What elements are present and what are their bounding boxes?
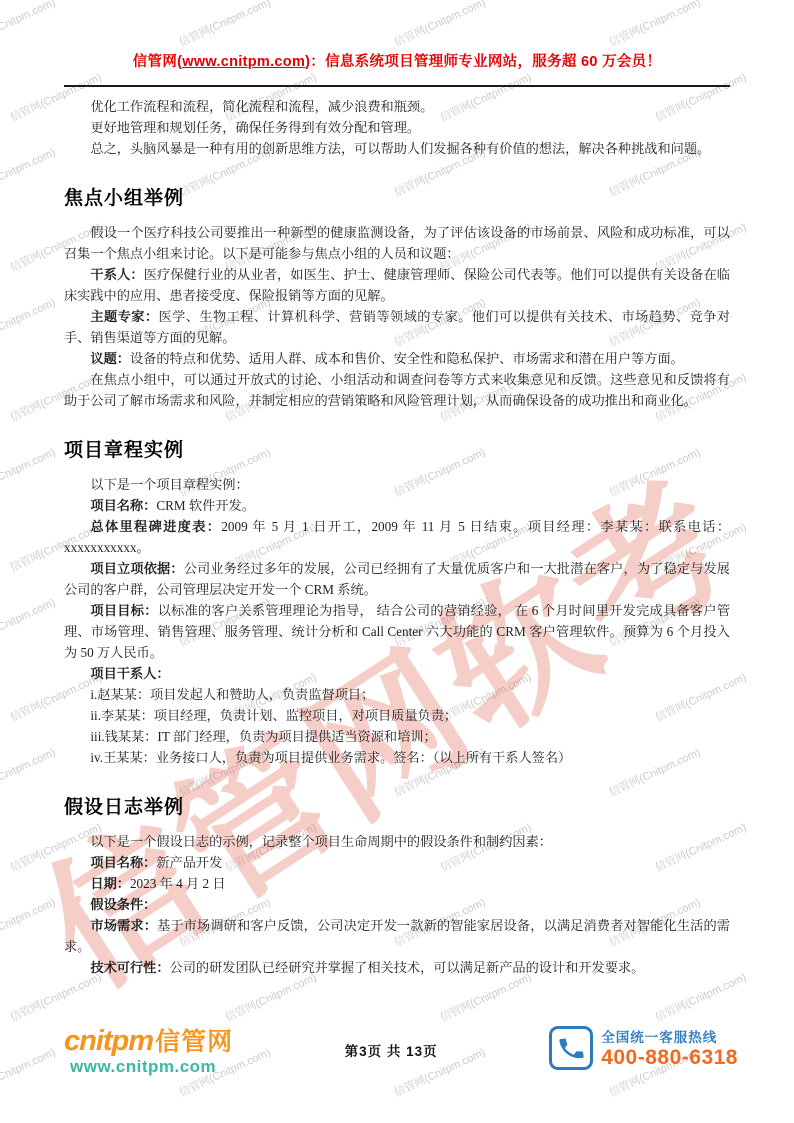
paragraph: 干系人：医疗保健行业的从业者，如医生、护士、健康管理师、保险公司代表等。他们可以… bbox=[64, 264, 730, 306]
phone-icon bbox=[549, 1026, 593, 1070]
paragraph-label: 干系人： bbox=[90, 267, 143, 282]
paragraph-text: 医疗保健行业的从业者，如医生、护士、健康管理师、保险公司代表等。他们可以提供有关… bbox=[64, 267, 730, 303]
paragraph: 以下是一个假设日志的示例，记录整个项目生命周期中的假设条件和制约因素： bbox=[64, 831, 730, 852]
header-site-link[interactable]: www.cnitpm.com bbox=[182, 54, 305, 70]
watermark-text: 信管网(Cnitpm.com) bbox=[0, 1044, 58, 1100]
page-content: 信管网(www.cnitpm.com)：信息系统项目管理师专业网站，服务超 60… bbox=[0, 0, 794, 978]
header-prefix: 信管网( bbox=[133, 54, 183, 70]
paragraph-text: iii.钱某某：IT 部门经理，负责为项目提供适当资源和培训； bbox=[90, 729, 436, 744]
paragraph-text: 新产品开发 bbox=[156, 855, 222, 870]
paragraph: 议题：设备的特点和优势、适用人群、成本和售价、安全性和隐私保护、市场需求和潜在用… bbox=[64, 348, 730, 369]
paragraph-text: 2023 年 4 月 2 日 bbox=[130, 876, 226, 891]
hotline-label: 全国统一客服热线 bbox=[601, 1026, 738, 1046]
paragraph: 日期：2023 年 4 月 2 日 bbox=[64, 873, 730, 894]
site-header: 信管网(www.cnitpm.com)：信息系统项目管理师专业网站，服务超 60… bbox=[64, 50, 730, 87]
stakeholder-item: i.赵某某：项目发起人和赞助人，负责监督项目； bbox=[64, 684, 730, 705]
paragraph: 总体里程碑进度表：2009 年 5 月 1 日开工，2009 年 11 月 5 … bbox=[64, 516, 730, 558]
header-suffix: )：信息系统项目管理师专业网站，服务超 60 万会员！ bbox=[305, 54, 661, 70]
stakeholder-item: iv.王某某：业务接口人，负责为项目提供业务需求。签名：（以上所有干系人签名） bbox=[64, 747, 730, 768]
paragraph-label: 假设条件： bbox=[90, 897, 156, 912]
paragraph-text: ii.李某某：项目经理，负责计划、监控项目，对项目质量负责； bbox=[90, 708, 457, 723]
intro-paragraph: 总之，头脑风暴是一种有用的创新思维方法，可以帮助人们发掘各种有价值的想法，解决各… bbox=[64, 138, 730, 159]
paragraph-label: 主题专家： bbox=[90, 309, 158, 324]
paragraph-label: 项目目标： bbox=[90, 603, 157, 618]
paragraph-text: 设备的特点和优势、适用人群、成本和售价、安全性和隐私保护、市场需求和潜在用户等方… bbox=[130, 351, 684, 366]
paragraph-label: 技术可行性： bbox=[90, 960, 169, 975]
paragraph: 项目名称：CRM 软件开发。 bbox=[64, 495, 730, 516]
paragraph: 在焦点小组中，可以通过开放式的讨论、小组活动和调查问卷等方式来收集意见和反馈。这… bbox=[64, 369, 730, 411]
hotline-number: 400-880-6318 bbox=[601, 1046, 738, 1070]
paragraph-text: 在焦点小组中，可以通过开放式的讨论、小组活动和调查问卷等方式来收集意见和反馈。这… bbox=[64, 372, 730, 408]
paragraph: 以下是一个项目章程实例： bbox=[64, 474, 730, 495]
stakeholder-item: ii.李某某：项目经理，负责计划、监控项目，对项目质量负责； bbox=[64, 705, 730, 726]
paragraph-label: 议题： bbox=[90, 351, 130, 366]
paragraph: 技术可行性：公司的研发团队已经研究并掌握了相关技术，可以满足新产品的设计和开发要… bbox=[64, 957, 730, 978]
cnitpm-logo: cnitpm信管网 www.cnitpm.com bbox=[64, 1026, 233, 1076]
paragraph: 项目立项依据：公司业务经过多年的发展，公司已经拥有了大量优质客户和一大批潜在客户… bbox=[64, 558, 730, 600]
intro-paragraph: 优化工作流程和流程，简化流程和流程，减少浪费和瓶颈。 bbox=[64, 96, 730, 117]
paragraph-text: 公司的研发团队已经研究并掌握了相关技术，可以满足新产品的设计和开发要求。 bbox=[170, 960, 645, 975]
logo-chinese: 信管网 bbox=[155, 1028, 233, 1056]
paragraph-label: 日期： bbox=[90, 876, 130, 891]
paragraph-label: 市场需求： bbox=[90, 918, 157, 933]
section-heading-project-charter: 项目章程实例 bbox=[64, 435, 730, 462]
paragraph-text: 基于市场调研和客户反馈，公司决定开发一款新的智能家居设备，以满足消费者对智能化生… bbox=[64, 918, 730, 954]
paragraph-label: 总体里程碑进度表： bbox=[90, 519, 221, 534]
paragraph-text: i.赵某某：项目发起人和赞助人，负责监督项目； bbox=[90, 687, 374, 702]
paragraph-text: 以标准的客户关系管理理论为指导， 结合公司的营销经验， 在 6 个月时间里开发完… bbox=[64, 603, 730, 660]
paragraph-text: 假设一个医疗科技公司要推出一种新型的健康监测设备，为了评估该设备的市场前景、风险… bbox=[64, 225, 730, 261]
paragraph-label: 项目名称： bbox=[90, 498, 156, 513]
hotline: 全国统一客服热线 400-880-6318 bbox=[549, 1026, 738, 1070]
hotline-text: 全国统一客服热线 400-880-6318 bbox=[601, 1026, 738, 1070]
logo-wordmark: cnitpm信管网 bbox=[64, 1026, 233, 1057]
paragraph: 假设一个医疗科技公司要推出一种新型的健康监测设备，为了评估该设备的市场前景、风险… bbox=[64, 222, 730, 264]
logo-latin: cnitpm bbox=[64, 1025, 153, 1057]
paragraph: 项目名称：新产品开发 bbox=[64, 852, 730, 873]
paragraph-text: CRM 软件开发。 bbox=[156, 498, 255, 513]
stakeholder-item: iii.钱某某：IT 部门经理，负责为项目提供适当资源和培训； bbox=[64, 726, 730, 747]
paragraph-text: iv.王某某：业务接口人，负责为项目提供业务需求。签名：（以上所有干系人签名） bbox=[90, 750, 571, 765]
document-page: 信管网(Cnitpm.com)信管网(Cnitpm.com)信管网(Cnitpm… bbox=[0, 0, 794, 1123]
paragraph: 项目目标：以标准的客户关系管理理论为指导， 结合公司的营销经验， 在 6 个月时… bbox=[64, 600, 730, 663]
page-number: 第3页 共 13页 bbox=[345, 1040, 438, 1060]
page-footer: cnitpm信管网 www.cnitpm.com 第3页 共 13页 全国统一客… bbox=[64, 1026, 738, 1076]
intro-paragraph: 更好地管理和规划任务，确保任务得到有效分配和管理。 bbox=[64, 117, 730, 138]
paragraph-text: 医学、生物工程、计算机科学、营销等领域的专家。他们可以提供有关技术、市场趋势、竞… bbox=[64, 309, 730, 345]
paragraph: 假设条件： bbox=[64, 894, 730, 915]
paragraph-label: 项目立项依据： bbox=[90, 561, 183, 576]
paragraph-text: 以下是一个假设日志的示例，记录整个项目生命周期中的假设条件和制约因素： bbox=[90, 834, 552, 849]
intro-block: 优化工作流程和流程，简化流程和流程，减少浪费和瓶颈。 更好地管理和规划任务，确保… bbox=[64, 96, 730, 159]
logo-url[interactable]: www.cnitpm.com bbox=[70, 1057, 233, 1076]
paragraph: 市场需求：基于市场调研和客户反馈，公司决定开发一款新的智能家居设备，以满足消费者… bbox=[64, 915, 730, 957]
section-heading-focus-group: 焦点小组举例 bbox=[64, 183, 730, 210]
paragraph-label: 项目名称： bbox=[90, 855, 156, 870]
paragraph-label: 项目干系人： bbox=[90, 666, 169, 681]
section-heading-assumption-log: 假设日志举例 bbox=[64, 792, 730, 819]
paragraph: 项目干系人： bbox=[64, 663, 730, 684]
paragraph: 主题专家：医学、生物工程、计算机科学、营销等领域的专家。他们可以提供有关技术、市… bbox=[64, 306, 730, 348]
paragraph-text: 以下是一个项目章程实例： bbox=[90, 477, 248, 492]
